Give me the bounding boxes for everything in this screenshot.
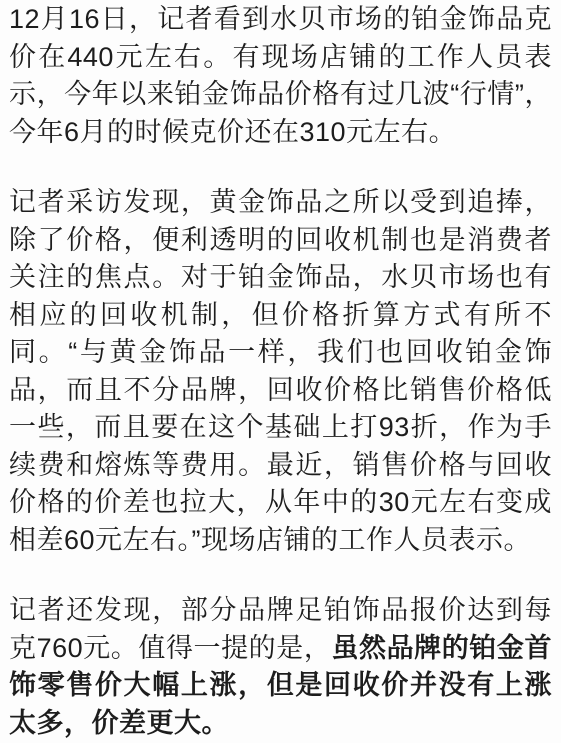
article-body: 12月16日，记者看到水贝市场的铂金饰品克价在440元左右。有现场店铺的工作人员…: [0, 0, 561, 743]
article-paragraph-2: 记者采访发现，黄金饰品之所以受到追捧，除了价格，便利透明的回收机制也是消费者关注…: [9, 184, 552, 559]
article-paragraph-1: 12月16日，记者看到水贝市场的铂金饰品克价在440元左右。有现场店铺的工作人员…: [9, 1, 552, 151]
article-paragraph-3: 记者还发现，部分品牌足铂饰品报价达到每克760元。值得一提的是，虽然品牌的铂金首…: [9, 592, 552, 742]
